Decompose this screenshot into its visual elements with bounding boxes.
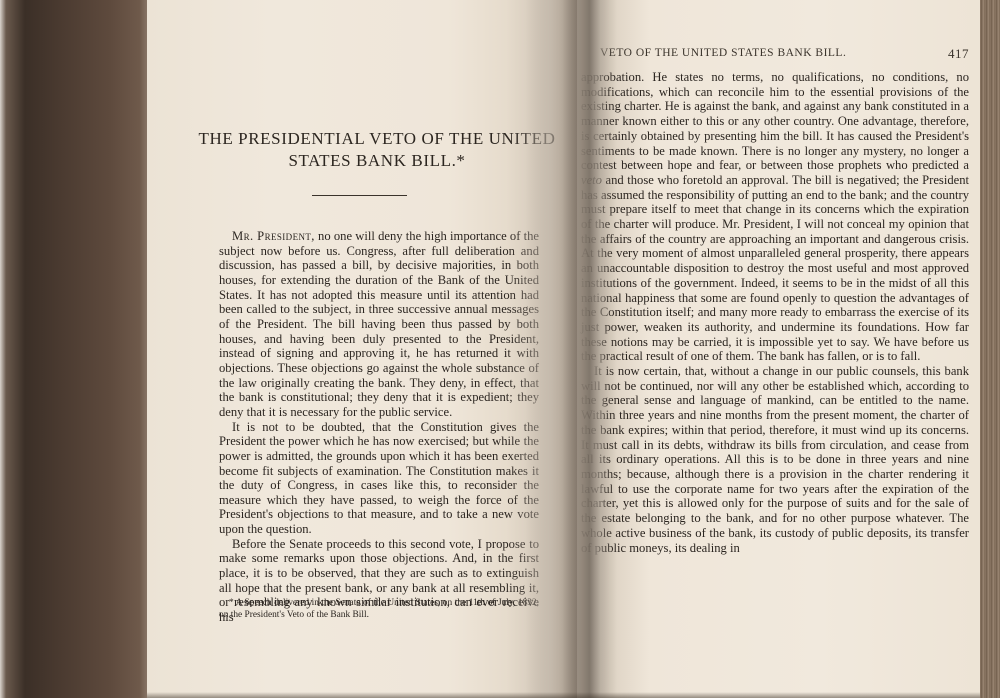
running-head-title: VETO OF THE UNITED STATES BANK BILL. <box>600 47 846 59</box>
title-divider <box>312 195 407 196</box>
paragraph: It is now certain, that, without a chang… <box>581 364 969 555</box>
paragraph: It is not to be doubted, that the Consti… <box>219 420 539 537</box>
right-page: VETO OF THE UNITED STATES BANK BILL. 417… <box>577 0 980 698</box>
page-number: 417 <box>948 46 969 62</box>
right-page-body: approbation. He states no terms, no qual… <box>581 70 969 555</box>
chapter-title-line-1: THE PRESIDENTIAL VETO OF THE UNITED <box>197 128 557 150</box>
chapter-title: THE PRESIDENTIAL VETO OF THE UNITED STAT… <box>197 128 557 172</box>
book-cover-left-edge <box>0 0 148 698</box>
left-page-body: Mr. President, no one will deny the high… <box>219 229 539 625</box>
chapter-title-line-2: STATES BANK BILL.* <box>197 150 557 172</box>
page-stack-right-edge <box>980 0 1000 698</box>
book-spread: THE PRESIDENTIAL VETO OF THE UNITED STAT… <box>147 0 980 698</box>
bottom-shadow <box>147 692 980 698</box>
footnote: * A Speech delivered in the Senate of th… <box>219 597 539 621</box>
book-gutter <box>562 0 617 698</box>
left-page: THE PRESIDENTIAL VETO OF THE UNITED STAT… <box>147 0 577 698</box>
salutation: Mr. President, <box>232 229 315 243</box>
paragraph: approbation. He states no terms, no qual… <box>581 70 969 364</box>
paragraph: Mr. President, no one will deny the high… <box>219 229 539 420</box>
